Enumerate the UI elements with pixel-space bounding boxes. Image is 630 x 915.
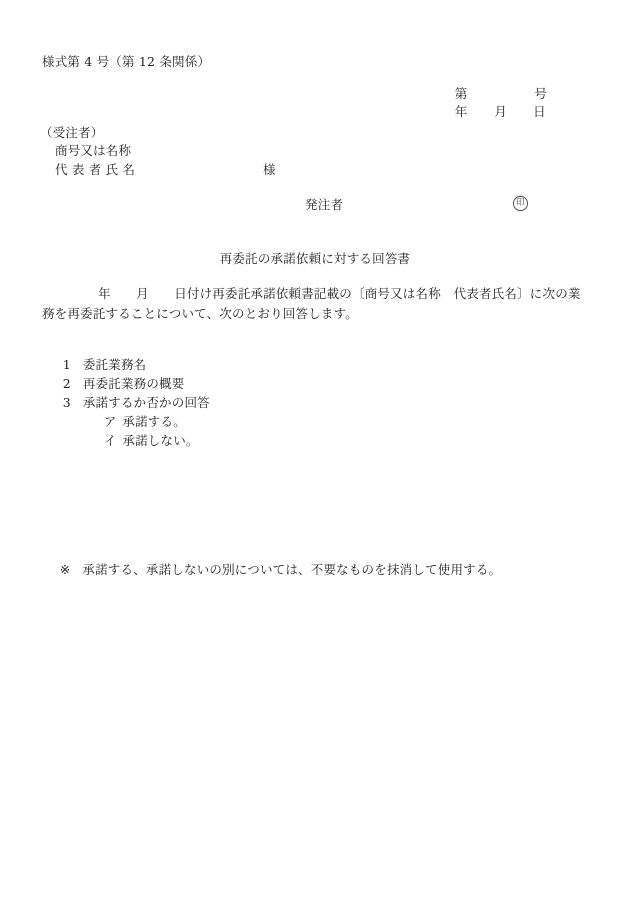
document-title: 再委託の承諾依頼に対する回答書 [0, 251, 630, 266]
date-month-label: 月 [494, 104, 507, 119]
sub-item-i: イ承諾しない。 [87, 418, 199, 463]
body-paragraph-line-2: 務を再委託することについて、次のとおり回答します。 [42, 306, 358, 321]
footnote-text: 承諾する、承諾しないの別については、不要なものを抹消して使用する。 [82, 562, 501, 577]
list-item-number: 3 [63, 395, 71, 410]
company-name-label: 商号又は名称 [55, 143, 131, 158]
document-page: 様式第 4 号（第 12 条関係） 第号 年月日 （受注者） 商号又は名称 代 … [0, 0, 630, 915]
footnote-marker: ※ [60, 562, 71, 577]
representative-name-label: 代 表 者 氏 名 [55, 162, 135, 177]
sub-item-marker: イ [104, 433, 117, 448]
recipient-heading: （受注者） [40, 125, 104, 140]
seal-mark-icon: 印 [513, 196, 528, 211]
footnote-line: ※承諾する、承諾しないの別については、不要なものを抹消して使用する。 [43, 547, 501, 592]
issuer-label: 発注者 [305, 197, 343, 212]
honorific-sama: 様 [263, 162, 276, 177]
form-number-label: 様式第 4 号（第 12 条関係） [42, 54, 210, 69]
sub-item-label: 承諾しない。 [122, 433, 198, 448]
seal-character: 印 [516, 199, 525, 208]
date-day-label: 日 [533, 104, 546, 119]
body-paragraph-line-1: 年 月 日付け再委託承諾依頼書記載の〔商号又は名称 代表者氏名〕に次の業 [98, 286, 581, 301]
date-line: 年月日 [438, 89, 546, 134]
date-year-label: 年 [455, 104, 468, 119]
